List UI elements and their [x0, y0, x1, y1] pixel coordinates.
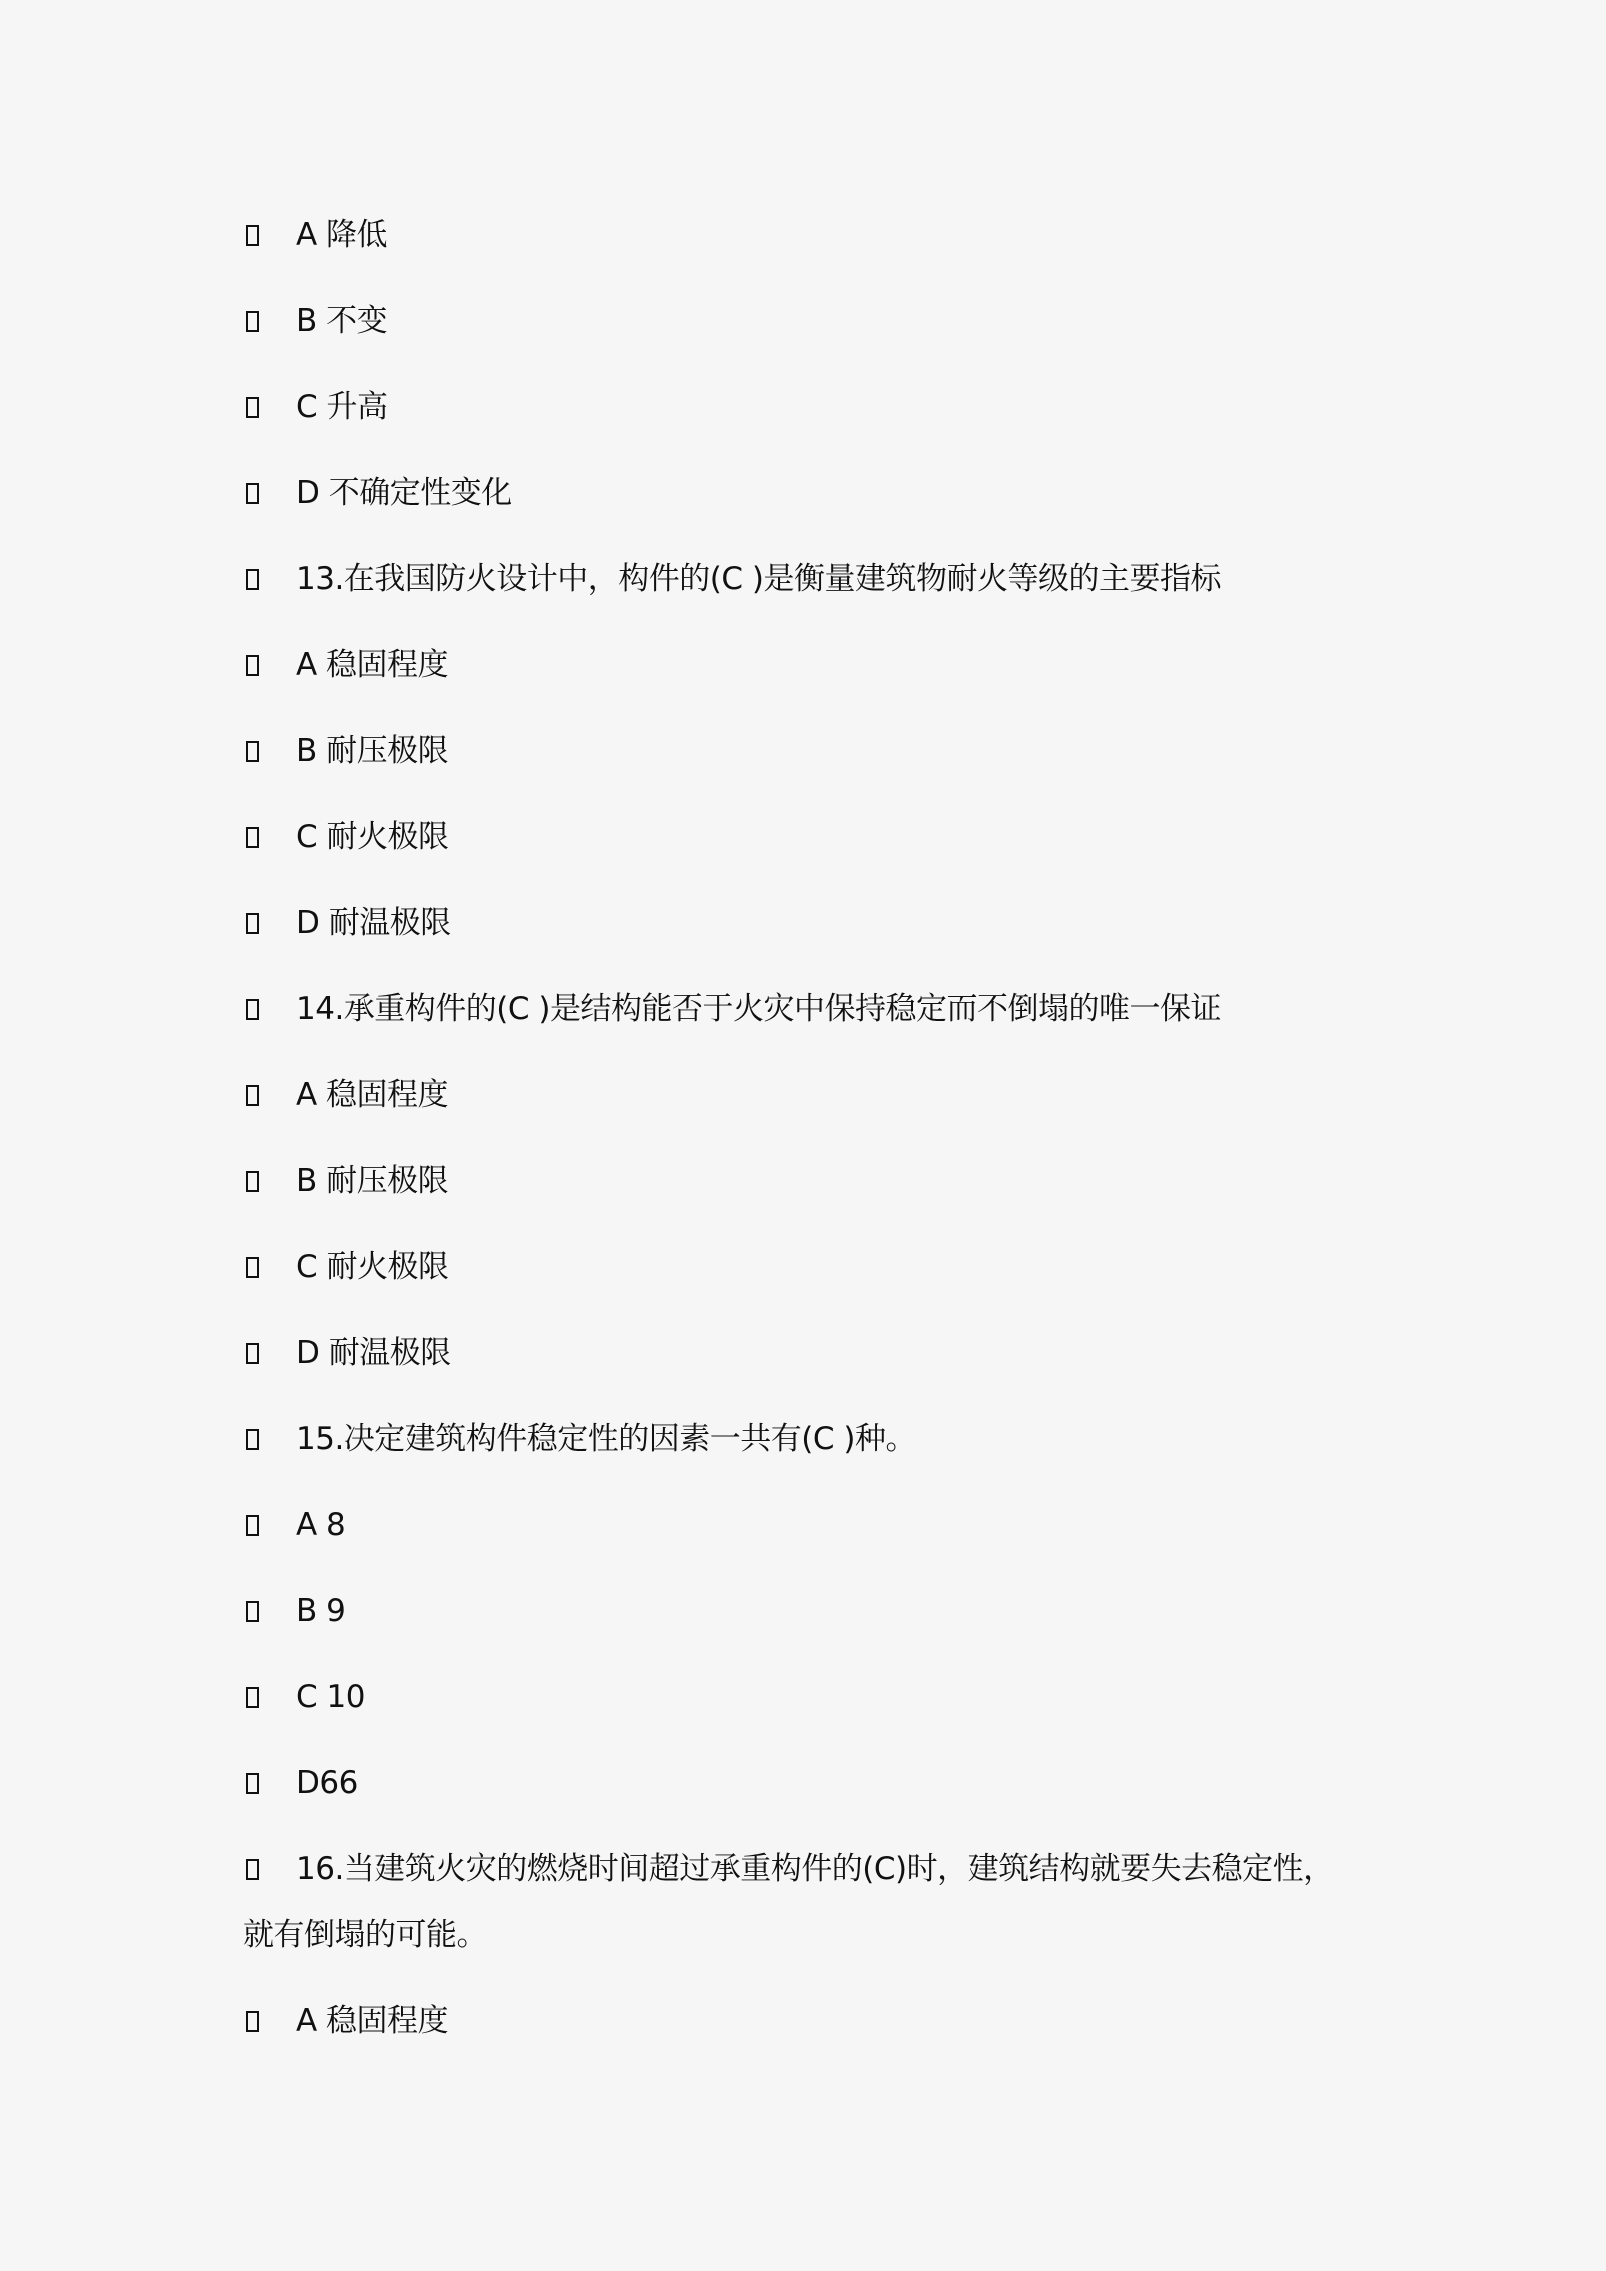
document-page: A 降低 B 不变 C 升高 D 不确定性变化 13.在我国防火设计中，构件的(… — [0, 0, 1606, 2271]
checkbox-square-icon — [246, 1859, 259, 1880]
option-line: B 不变 — [246, 301, 387, 341]
option-text: A 稳固程度 — [296, 1075, 448, 1115]
checkbox-square-icon — [246, 827, 259, 848]
option-text: D 耐温极限 — [296, 1333, 451, 1373]
checkbox-square-icon — [246, 1343, 259, 1364]
checkbox-square-icon — [246, 999, 259, 1020]
checkbox-square-icon — [246, 311, 259, 332]
checkbox-square-icon — [246, 1085, 259, 1106]
option-line: A 稳固程度 — [246, 1075, 448, 1115]
checkbox-square-icon — [246, 741, 259, 762]
option-line: A 降低 — [246, 215, 387, 255]
option-text: A 8 — [296, 1505, 345, 1545]
checkbox-square-icon — [246, 1773, 259, 1794]
option-text: B 不变 — [296, 301, 387, 341]
checkbox-square-icon — [246, 1257, 259, 1278]
checkbox-square-icon — [246, 1601, 259, 1622]
option-line: C 10 — [246, 1677, 365, 1717]
option-text: B 9 — [296, 1591, 345, 1631]
option-line: D 耐温极限 — [246, 1333, 451, 1373]
option-line: A 8 — [246, 1505, 345, 1545]
option-text: C 升高 — [296, 387, 388, 427]
option-line: B 9 — [246, 1591, 345, 1631]
checkbox-square-icon — [246, 569, 259, 590]
checkbox-square-icon — [246, 1515, 259, 1536]
option-text: A 降低 — [296, 215, 387, 255]
option-text: A 稳固程度 — [296, 2001, 448, 2041]
option-text: D 不确定性变化 — [296, 473, 512, 513]
option-text: B 耐压极限 — [296, 1161, 448, 1201]
checkbox-square-icon — [246, 655, 259, 676]
option-line: C 升高 — [246, 387, 388, 427]
option-line: C 耐火极限 — [246, 1247, 449, 1287]
question-line: 14.承重构件的(C )是结构能否于火灾中保持稳定而不倒塌的唯一保证 — [246, 989, 1221, 1029]
option-line: D 耐温极限 — [246, 903, 451, 943]
question-line: 15.决定建筑构件稳定性的因素一共有(C )种。 — [246, 1419, 916, 1459]
option-text: A 稳固程度 — [296, 645, 448, 685]
checkbox-square-icon — [246, 1429, 259, 1450]
checkbox-square-icon — [246, 1171, 259, 1192]
option-line: C 耐火极限 — [246, 817, 449, 857]
checkbox-square-icon — [246, 1687, 259, 1708]
option-line: B 耐压极限 — [246, 731, 448, 771]
option-text: C 耐火极限 — [296, 1247, 449, 1287]
option-line: A 稳固程度 — [246, 2001, 448, 2041]
option-text: C 耐火极限 — [296, 817, 449, 857]
option-line: D66 — [246, 1763, 358, 1803]
question-text: 13.在我国防火设计中，构件的(C )是衡量建筑物耐火等级的主要指标 — [296, 559, 1221, 599]
question-text: 15.决定建筑构件稳定性的因素一共有(C )种。 — [296, 1419, 916, 1459]
option-text: C 10 — [296, 1677, 365, 1717]
option-text: D66 — [296, 1763, 358, 1803]
option-line: D 不确定性变化 — [246, 473, 512, 513]
checkbox-square-icon — [246, 2011, 259, 2032]
checkbox-square-icon — [246, 913, 259, 934]
question-line: 16.当建筑火灾的燃烧时间超过承重构件的(C)时，建筑结构就要失去稳定性， — [246, 1849, 1334, 1889]
checkbox-square-icon — [246, 397, 259, 418]
checkbox-square-icon — [246, 483, 259, 504]
question-continuation-text: 就有倒塌的可能。 — [243, 1915, 487, 1955]
option-text: B 耐压极限 — [296, 731, 448, 771]
question-text: 16.当建筑火灾的燃烧时间超过承重构件的(C)时，建筑结构就要失去稳定性， — [296, 1849, 1334, 1889]
question-line: 13.在我国防火设计中，构件的(C )是衡量建筑物耐火等级的主要指标 — [246, 559, 1221, 599]
question-text: 14.承重构件的(C )是结构能否于火灾中保持稳定而不倒塌的唯一保证 — [296, 989, 1221, 1029]
option-line: B 耐压极限 — [246, 1161, 448, 1201]
option-text: D 耐温极限 — [296, 903, 451, 943]
option-line: A 稳固程度 — [246, 645, 448, 685]
checkbox-square-icon — [246, 225, 259, 246]
